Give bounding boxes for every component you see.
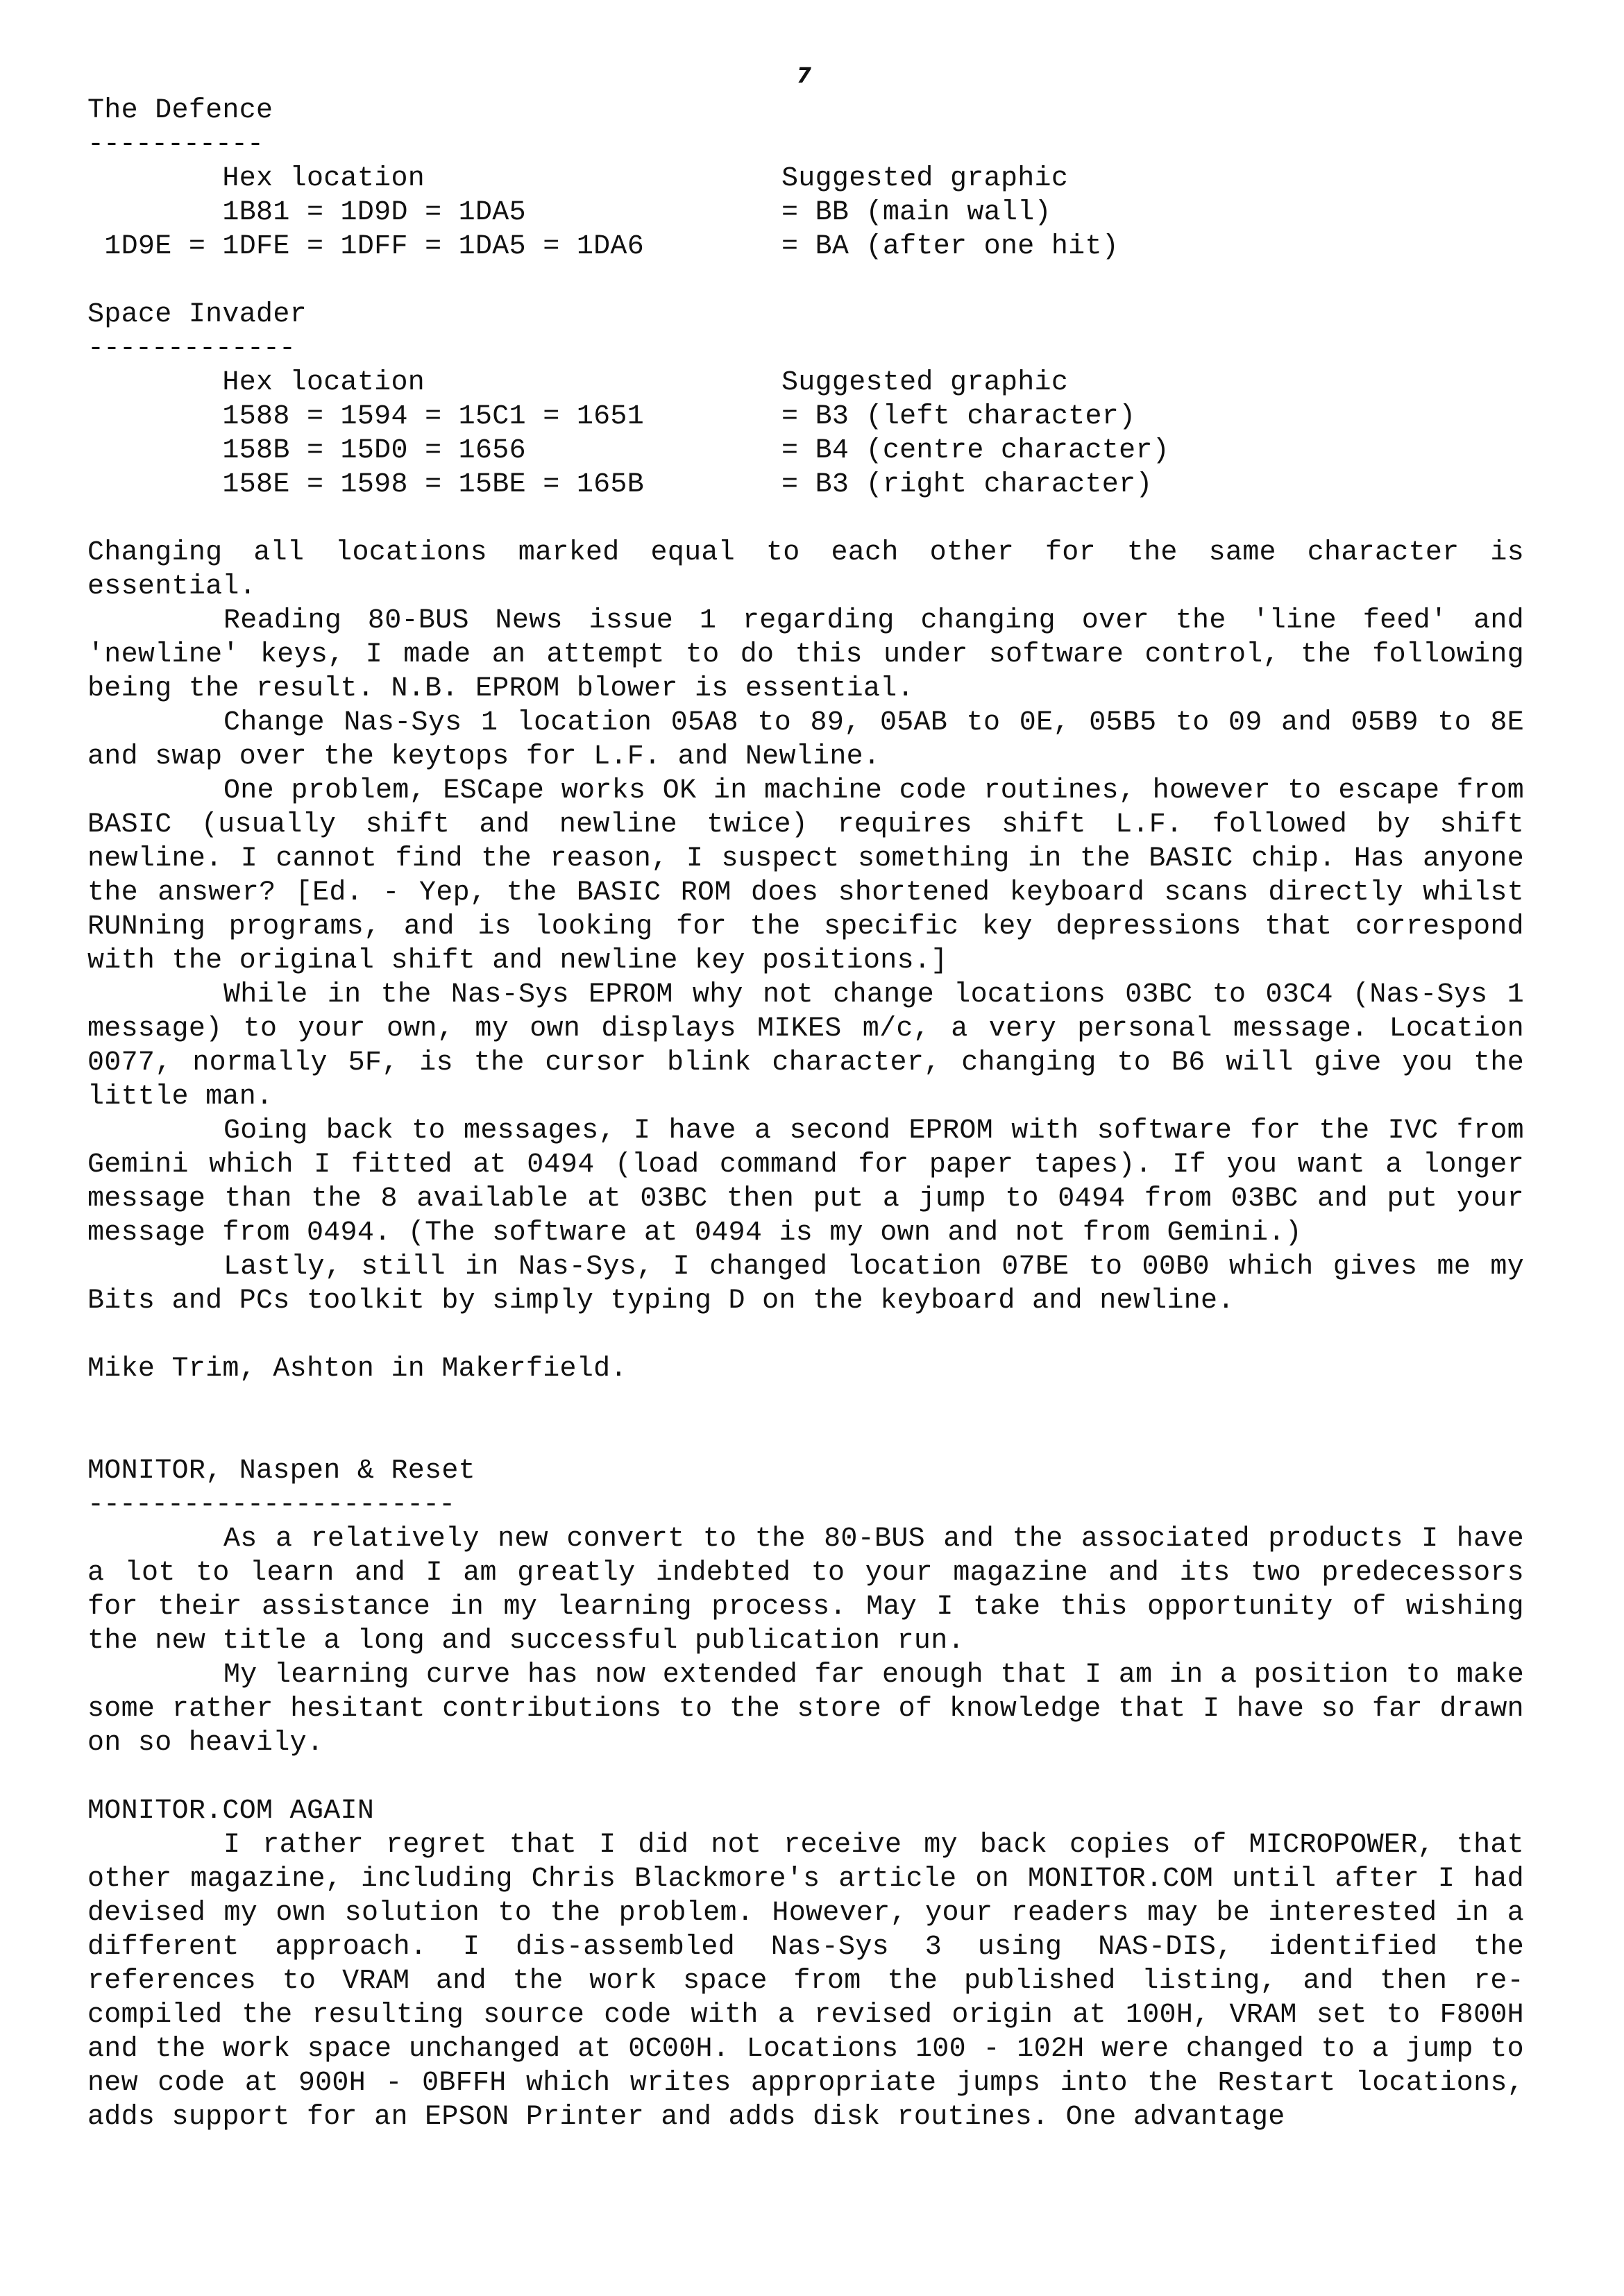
hex-cell: 1D9E = 1DFE = 1DFF = 1DA5 = 1DA6 (87, 230, 781, 264)
hex-cell: 1588 = 1594 = 15C1 = 1651 (87, 400, 781, 434)
hex-cell: 158E = 1598 = 15BE = 165B (87, 468, 781, 502)
paragraph: Lastly, still in Nas-Sys, I changed loca… (87, 1250, 1524, 1318)
section-heading: MONITOR, Naspen & Reset (87, 1454, 1524, 1488)
paragraph: My learning curve has now extended far e… (87, 1658, 1524, 1760)
subheading: MONITOR.COM AGAIN (87, 1794, 1524, 1828)
column-header-hex: Hex location (87, 162, 781, 196)
letter-trim: Changing all locations marked equal to e… (87, 536, 1524, 1386)
heading-underline: ----------- (87, 128, 1524, 162)
hex-cell: 1B81 = 1D9D = 1DA5 (87, 196, 781, 230)
column-header-graphic: Suggested graphic (781, 366, 1524, 400)
section-heading: The Defence (87, 94, 1524, 128)
paragraph: As a relatively new convert to the 80-BU… (87, 1522, 1524, 1658)
column-header-graphic: Suggested graphic (781, 162, 1524, 196)
letter-monitor: MONITOR, Naspen & Reset ----------------… (87, 1454, 1524, 2134)
defence-table: Hex location Suggested graphic 1B81 = 1D… (87, 162, 1524, 264)
signature: Mike Trim, Ashton in Makerfield. (87, 1352, 1524, 1386)
hex-cell: 158B = 15D0 = 1656 (87, 434, 781, 468)
column-header-hex: Hex location (87, 366, 781, 400)
heading-underline: ------------- (87, 332, 1524, 366)
paragraph: While in the Nas-Sys EPROM why not chang… (87, 978, 1524, 1114)
heading-underline: ----------------------- (87, 1488, 1524, 1522)
graphic-cell: = BB (main wall) (781, 196, 1524, 230)
invader-table: Hex location Suggested graphic 1588 = 15… (87, 366, 1524, 502)
graphic-cell: = BA (after one hit) (781, 230, 1524, 264)
paragraph: Changing all locations marked equal to e… (87, 536, 1524, 604)
graphic-cell: = B3 (left character) (781, 400, 1524, 434)
paragraph: Going back to messages, I have a second … (87, 1114, 1524, 1250)
paragraph: I rather regret that I did not receive m… (87, 1828, 1524, 2134)
graphic-cell: = B3 (right character) (781, 468, 1524, 502)
graphic-cell: = B4 (centre character) (781, 434, 1524, 468)
page-number: 7 (797, 64, 811, 88)
paragraph: One problem, ESCape works OK in machine … (87, 774, 1524, 978)
paragraph: Change Nas-Sys 1 location 05A8 to 89, 05… (87, 706, 1524, 774)
document-page: 7 The Defence ----------- Hex location S… (0, 0, 1624, 2296)
paragraph: Reading 80-BUS News issue 1 regarding ch… (87, 604, 1524, 706)
defence-section: The Defence ----------- Hex location Sug… (87, 94, 1524, 264)
section-heading: Space Invader (87, 298, 1524, 332)
invader-section: Space Invader ------------- Hex location… (87, 298, 1524, 502)
page-content: The Defence ----------- Hex location Sug… (87, 94, 1524, 2134)
